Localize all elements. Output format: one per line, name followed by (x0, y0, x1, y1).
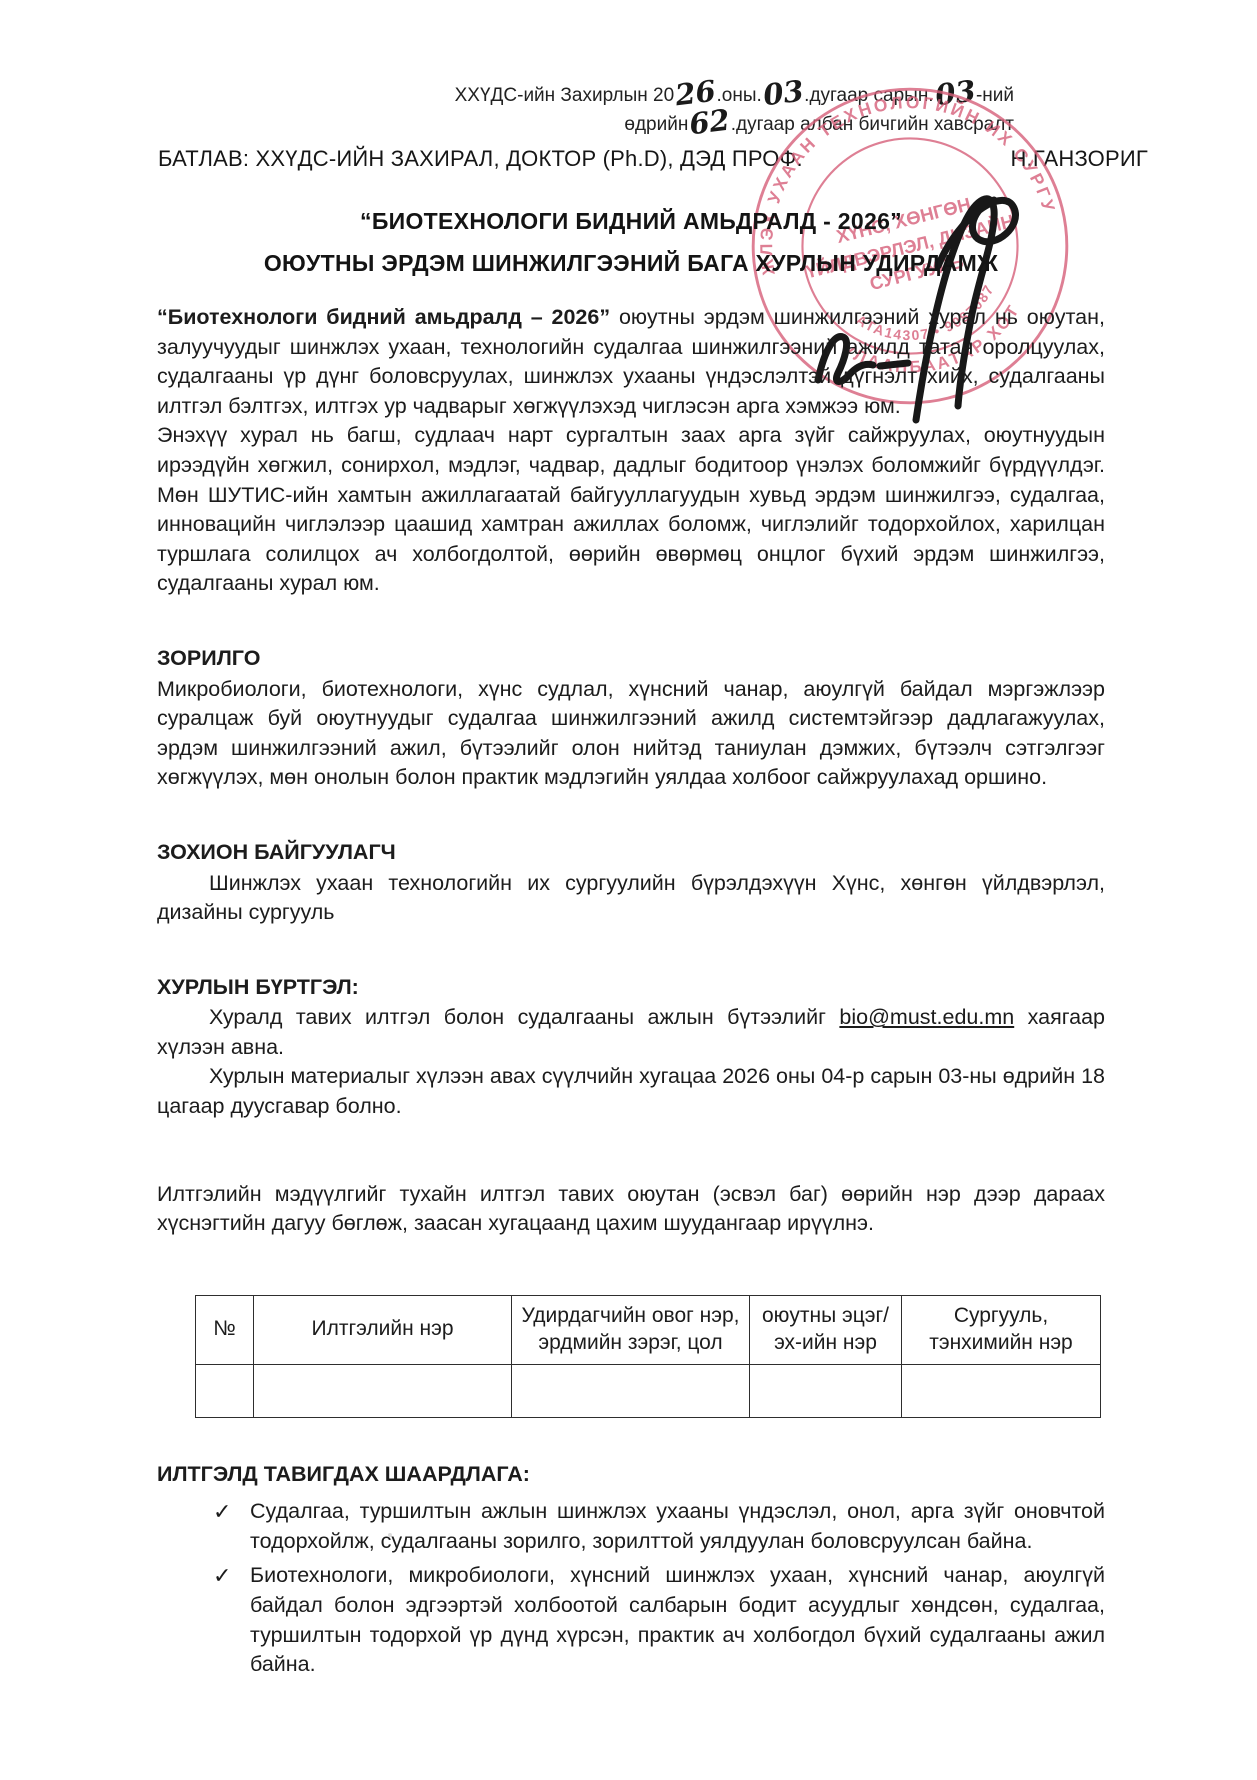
section-heading-zohion: ЗОХИОН БАЙГУУЛАГЧ (157, 838, 1105, 868)
table-empty-cell (750, 1364, 902, 1417)
table-empty-cell (512, 1364, 750, 1417)
appendix-text: ХХҮДС-ийн Захирлын 20 (455, 85, 675, 106)
requirements-list: ✓ Судалгаа, туршилтын ажлын шинжлэх ухаа… (157, 1497, 1105, 1680)
submission-table: № Илтгэлийн нэр Удирдагчийн овог нэр, эр… (195, 1295, 1101, 1418)
requirement-item: ✓ Биотехнологи, микробиологи, хүнсний ши… (213, 1561, 1105, 1679)
title-line1: “БИОТЕХНОЛОГИ БИДНИЙ АМЬДРАЛД - 2026” (157, 208, 1105, 235)
burtgel-paragraph-1: Хуралд тавих илтгэл болон судалгааны ажл… (157, 1003, 1105, 1062)
approval-label: БАТЛАВ: ХХҮДС-ИЙН ЗАХИРАЛ, ДОКТОР (Ph.D)… (158, 146, 803, 172)
table-empty-cell (196, 1364, 254, 1417)
checkmark-icon: ✓ (213, 1561, 235, 1679)
document-title: “БИОТЕХНОЛОГИ БИДНИЙ АМЬДРАЛД - 2026” ОЮ… (157, 208, 1105, 277)
intro-lead: “Биотехнологи бидний амьдралд – 2026” (157, 305, 610, 329)
scanned-document-page: ХХҮДС-ийн Захирлын 2026.оны.03.дугаар са… (0, 0, 1257, 1780)
table-empty-cell (254, 1364, 512, 1417)
handwritten-year: 26 (676, 91, 716, 96)
appendix-text: өдрийн (624, 114, 688, 135)
table-empty-row (196, 1364, 1101, 1417)
intro-paragraph-2: Энэхүү хурал нь багш, судлаач нарт сурга… (157, 421, 1105, 599)
scan-speck (388, 1533, 392, 1537)
zorilgo-paragraph: Микробиологи, биотехнологи, хүнс судлал,… (157, 675, 1105, 793)
checkmark-icon: ✓ (213, 1497, 235, 1556)
requirement-item: ✓ Судалгаа, туршилтын ажлын шинжлэх ухаа… (213, 1497, 1105, 1556)
table-header-school: Сургууль, тэнхимийн нэр (902, 1295, 1101, 1364)
table-empty-cell (902, 1364, 1101, 1417)
intro-paragraph-1: “Биотехнологи бидний амьдралд – 2026” ою… (157, 303, 1105, 421)
table-header-row: № Илтгэлийн нэр Удирдагчийн овог нэр, эр… (196, 1295, 1101, 1364)
requirement-text: Судалгаа, туршилтын ажлын шинжлэх ухааны… (250, 1497, 1105, 1556)
section-heading-burtgel: ХУРЛЫН БҮРТГЭЛ: (157, 973, 1105, 1003)
table-header-advisor: Удирдагчийн овог нэр, эрдмийн зэрэг, цол (512, 1295, 750, 1364)
burtgel-paragraph-2: Хурлын материалыг хүлээн авах сүүлчийн х… (157, 1062, 1105, 1121)
zohion-paragraph: Шинжлэх ухаан технологийн их сургуулийн … (157, 869, 1105, 928)
handwritten-doc-number: 62 (690, 119, 730, 124)
document-body: “Биотехнологи бидний амьдралд – 2026” ою… (157, 303, 1105, 1685)
burtgel-p1-before: Хуралд тавих илтгэл болон судалгааны ажл… (209, 1005, 839, 1029)
table-header-student-name: оюутны эцэг/эх-ийн нэр (750, 1295, 902, 1364)
table-header-number: № (196, 1295, 254, 1364)
submission-email-address: bio@must.edu.mn (839, 1005, 1014, 1029)
title-line2: ОЮУТНЫ ЭРДЭМ ШИНЖИЛГЭЭНИЙ БАГА ХУРЛЫН УД… (157, 250, 1105, 277)
section-heading-requirements: ИЛТГЭЛД ТАВИГДАХ ШААРДЛАГА: (157, 1460, 1105, 1490)
requirement-text: Биотехнологи, микробиологи, хүнсний шинж… (250, 1561, 1105, 1679)
section-heading-zorilgo: ЗОРИЛГО (157, 644, 1105, 674)
table-header-report-name: Илтгэлийн нэр (254, 1295, 512, 1364)
form-note-paragraph: Илтгэлийн мэдүүлгийг тухайн илтгэл тавих… (157, 1180, 1105, 1239)
